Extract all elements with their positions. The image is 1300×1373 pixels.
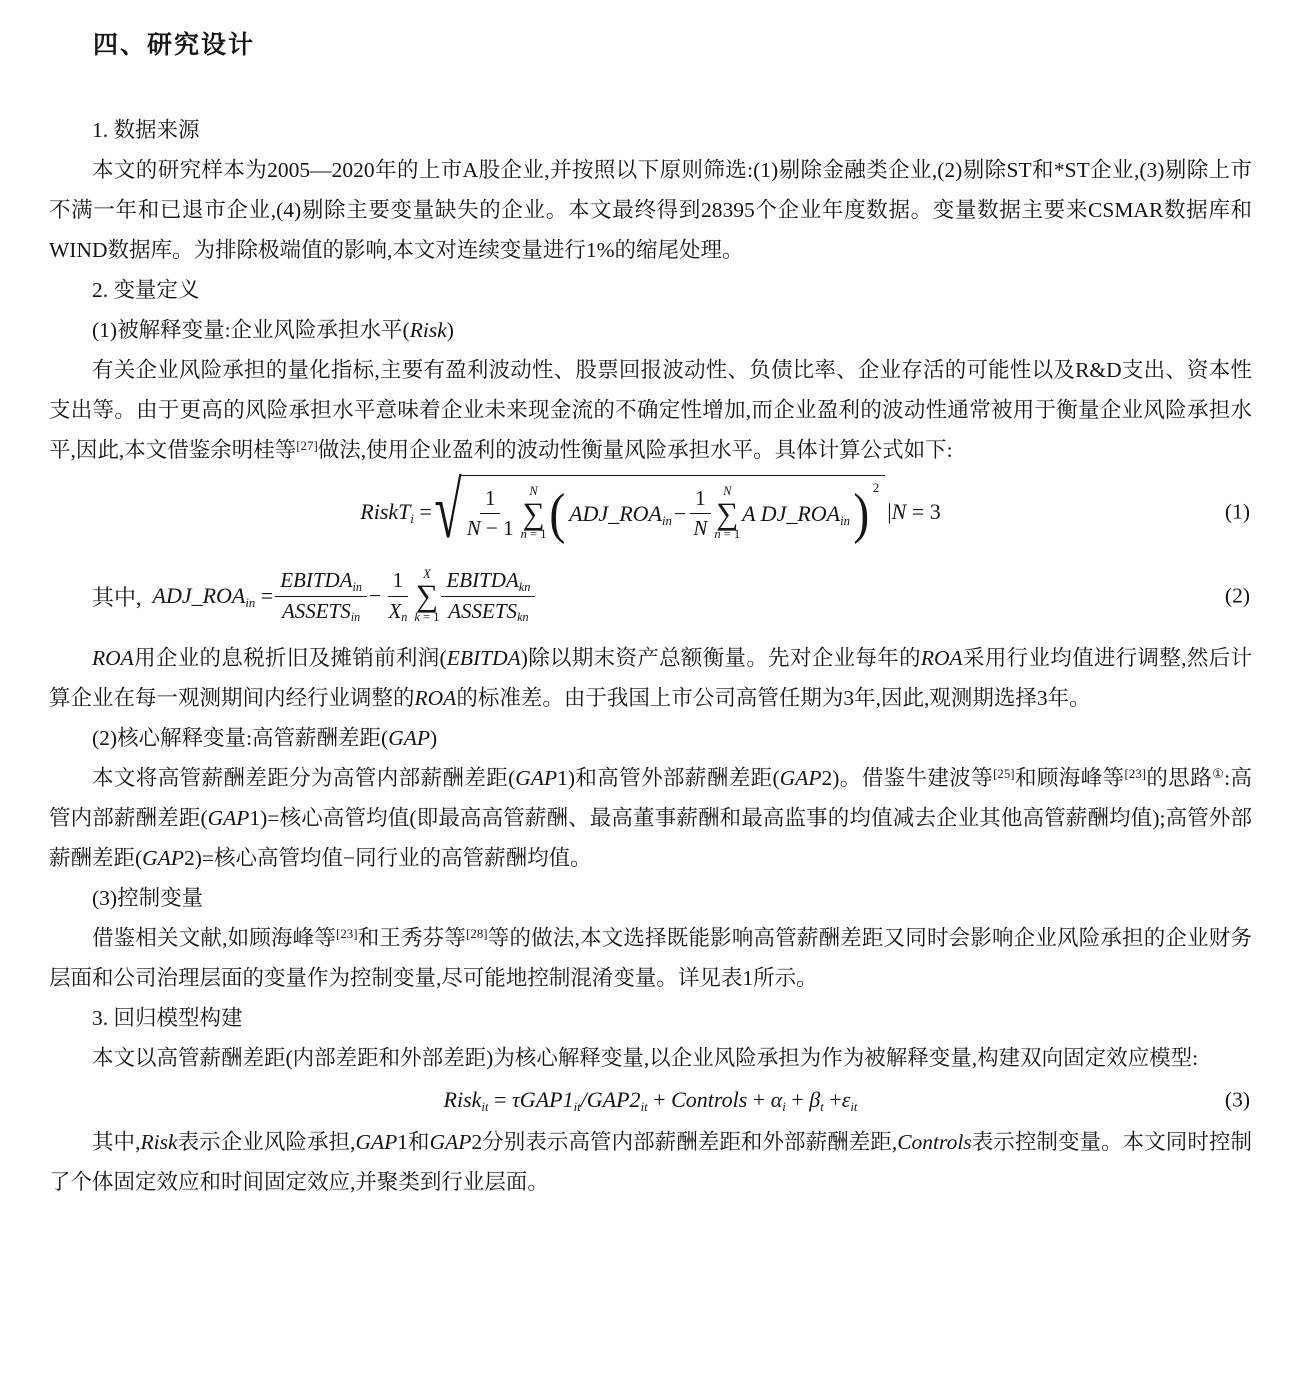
equation-1-body: RiskTi = √ 1 N − 1 N ∑ n = 1 ( ADJ_ROAin (359, 475, 941, 549)
summation: N ∑ n = 1 (521, 485, 547, 542)
radicand: 1 N − 1 N ∑ n = 1 ( ADJ_ROAin − 1 N (459, 475, 885, 549)
equation-2-number: (2) (1225, 584, 1250, 609)
paragraph-model-setup: 本文以高管薪酬差距(内部差距和外部差距)为核心解释变量,以企业风险承担为作为被解… (49, 1038, 1252, 1078)
sigma-symbol: ∑ (416, 581, 438, 610)
summation: N ∑ n = 1 (714, 485, 740, 542)
numerator: EBITDAin (275, 568, 367, 596)
fraction: 1 Xn (383, 568, 412, 623)
paragraph-sample-selection: 本文的研究样本为2005—2020年的上市A股企业,并按照以下原则筛选:(1)剔… (49, 150, 1252, 270)
sigma-symbol: ∑ (522, 499, 544, 528)
denominator: N − 1 (462, 514, 519, 541)
subsection-regression-model: 3. 回归模型构建 (49, 998, 1252, 1038)
subsection-variable-definition: 2. 变量定义 (49, 270, 1252, 310)
paragraph-gap-definition: 本文将高管薪酬差距分为高管内部薪酬差距(GAP1)和高管外部薪酬差距(GAP2)… (49, 758, 1252, 878)
section-heading: 四、研究设计 (93, 30, 1252, 60)
radical-sign: √ (434, 475, 461, 549)
sum-lower-limit: n = 1 (521, 528, 547, 542)
denominator: N (688, 514, 712, 541)
minus-operator: − (674, 501, 686, 527)
sum-lower-limit: k = 1 (414, 611, 439, 625)
numerator: 1 (388, 568, 409, 596)
sigma-symbol: ∑ (716, 499, 738, 528)
summation: X ∑ k = 1 (414, 568, 439, 625)
eq3-expression: Riskit = τGAP1it/GAP2it + Controls + αi … (444, 1087, 858, 1113)
denominator: ASSETSkn (443, 597, 533, 624)
numerator: 1 (690, 486, 711, 514)
eq2-lhs: ADJ_ROAin = (153, 583, 274, 609)
item-dependent-variable: (1)被解释变量:企业风险承担水平(Risk) (49, 310, 1252, 350)
eq1-term2: A DJ_ROAin (742, 501, 850, 527)
equation-3-number: (3) (1225, 1088, 1250, 1113)
sum-lower-limit: n = 1 (714, 528, 740, 542)
eq1-term1: ADJ_ROAin (569, 501, 672, 527)
numerator: EBITDAkn (441, 568, 535, 596)
denominator: Xn (383, 597, 412, 624)
equation-1: RiskTi = √ 1 N − 1 N ∑ n = 1 ( ADJ_ROAin (49, 470, 1252, 554)
paragraph-risk-measure: 有关企业风险承担的量化指标,主要有盈利波动性、股票回报波动性、负债比率、企业存活… (49, 350, 1252, 470)
minus-operator: − (369, 583, 381, 609)
paragraph-roa-explanation: ROA用企业的息税折旧及摊销前利润(EBITDA)除以期末资产总额衡量。先对企业… (49, 638, 1252, 718)
denominator: ASSETSin (277, 597, 365, 624)
fraction: EBITDAin ASSETSin (275, 568, 367, 623)
equation-3-body: Riskit = τGAP1it/GAP2it + Controls + αi … (443, 1087, 859, 1113)
equation-1-number: (1) (1225, 500, 1250, 525)
item-control-variables: (3)控制变量 (49, 878, 1252, 918)
fraction: 1 N − 1 (462, 486, 519, 541)
square-root: √ 1 N − 1 N ∑ n = 1 ( ADJ_ROAin − (434, 475, 885, 549)
paragraph-control-variables: 借鉴相关文献,如顾海峰等[23]和王秀芬等[28]等的做法,本文选择既能影响高管… (49, 918, 1252, 998)
exponent: 2 (873, 480, 880, 496)
item-core-explanatory-variable: (2)核心解释变量:高管薪酬差距(GAP) (49, 718, 1252, 758)
paragraph-model-notes: 其中,Risk表示企业风险承担,GAP1和GAP2分别表示高管内部薪酬差距和外部… (49, 1122, 1252, 1202)
eq1-lhs: RiskTi = (360, 499, 432, 525)
eq2-prefix: 其中, (92, 581, 142, 612)
paper-page: 四、研究设计 1. 数据来源 本文的研究样本为2005—2020年的上市A股企业… (0, 0, 1300, 1202)
equation-2-body: 其中, ADJ_ROAin = EBITDAin ASSETSin − 1 Xn… (49, 568, 536, 625)
subsection-data-source: 1. 数据来源 (49, 110, 1252, 150)
fraction: EBITDAkn ASSETSkn (441, 568, 535, 623)
fraction: 1 N (688, 486, 712, 541)
numerator: 1 (480, 486, 501, 514)
equation-3: Riskit = τGAP1it/GAP2it + Controls + αi … (49, 1078, 1252, 1122)
eq1-condition: |N = 3 (887, 499, 941, 525)
equation-2: 其中, ADJ_ROAin = EBITDAin ASSETSin − 1 Xn… (49, 554, 1252, 638)
